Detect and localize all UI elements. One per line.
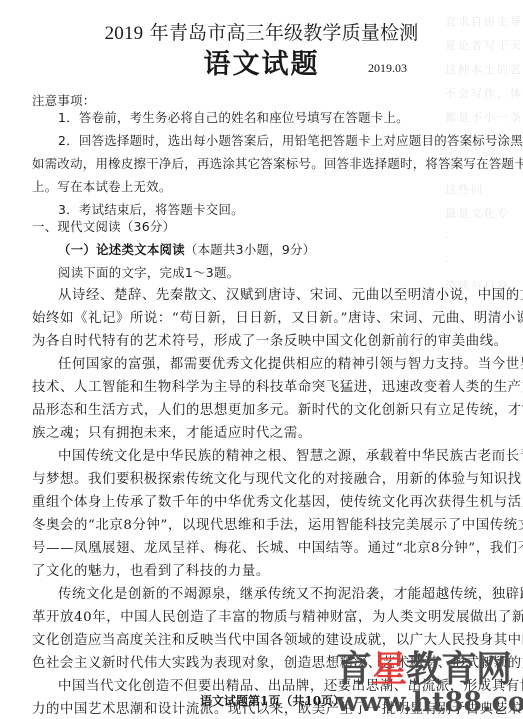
- sub-section-title: （一）论述类文本阅读: [58, 242, 185, 257]
- notice-item: 如需改动，用橡皮擦干净后，再选涂其它答案标号。回答非选择题时，将答案写在答题卡: [32, 155, 494, 173]
- passage-line: 为各自时代特有的艺术符号，形成了一条反映中国文化创新前行的审美曲线。: [32, 333, 494, 351]
- watermark-char-red: 星: [371, 649, 406, 690]
- passage-line: 族之魂；只有拥抱未来，才能适应时代之需。: [32, 425, 494, 443]
- passage-line: 中国传统文化是中华民族的精神之根、智慧之源，承载着中华民族古老而长青的光荣: [58, 448, 494, 466]
- reading-instruction: 阅读下面的文字，完成1～3题。: [58, 264, 494, 282]
- subject-title: 语文试题: [0, 48, 523, 82]
- notice-item: 2．回答选择题时，选出每小题答案后，用铅笔把答题卡上对应题目的答案标号涂黑。: [58, 132, 494, 150]
- watermark-char: 育: [336, 649, 371, 690]
- watermark-logo: 育星教育网: [336, 650, 511, 690]
- exam-title: 2019 年青岛市高三年级教学质量检测: [0, 21, 523, 46]
- sub-section-heading: （一）论述类文本阅读（本题共3小题，9分）: [58, 241, 494, 259]
- page-footer: 语文试题第1页（共10页）: [200, 692, 345, 709]
- passage-line: 始终如《礼记》所说：“苟日新，日日新，又日新。”唐诗、宋词、元曲、明清小说更是成: [32, 310, 494, 328]
- notice-heading: 注意事项：: [32, 92, 494, 110]
- exam-title-year: 2019: [105, 23, 144, 44]
- passage-line: 了文化的魅力，也看到了科技的力量。: [32, 563, 494, 581]
- passage-line: 技术、人工智能和生物科学为主导的科技革命突飞猛进，迅速改变着人类的生产方式、产: [32, 379, 494, 397]
- notice-item: 上。写在本试卷上无效。: [32, 178, 494, 196]
- passage-line: 从诗经、楚辞、先秦散文、汉赋到唐诗、宋词、元曲以至明清小说，中国的文学艺术: [58, 287, 494, 305]
- section-heading: 一、现代文阅读（36分）: [32, 218, 494, 236]
- exam-date: 2019.03: [368, 61, 407, 76]
- passage-line: 传统文化是创新的不竭源泉，继承传统又不拘泥沿袭，才能超越传统，独辟蹊径。改: [58, 586, 494, 604]
- passage-line: 品形态和生活方式，人们的思想更加多元。新时代的文化创新只有立足传统，才能不忘民: [32, 402, 494, 420]
- passage-line: 任何国家的富强，都需要优秀文化提供相应的精神引领与智力支持。当今世界以信息: [58, 356, 494, 374]
- passage-line: 重组个体身上传承了数千年的中华优秀文化基因，使传统文化再次获得生机与活力。平昌: [32, 494, 494, 512]
- passage-line: 号——凤凰展翅、龙凤呈祥、梅花、长城、中国结等。通过“北京8分钟”，我们不仅看到: [32, 540, 494, 558]
- notice-item: 1．答卷前，考生务必将自己的姓名和座位号填写在答题卡上。: [58, 109, 494, 127]
- sub-section-note: （本题共3小题，9分）: [185, 242, 316, 257]
- watermark-url: www.ht88.com: [336, 687, 523, 719]
- notice-item: 3．考试结束后，将答题卡交回。: [58, 201, 494, 219]
- passage-line: 冬奥会的“北京8分钟”，以现代思维和手法，运用智能科技完美展示了中国传统文化的符: [32, 517, 494, 535]
- passage-line: 与梦想。我们要积极探索传统文化与现代文化的对接融合，用新的体验与知识找回、激活、: [32, 471, 494, 489]
- passage-line: 革开放40年，中国人民创造了丰富的物质与精神财富，为人类文明发展做出了新贡献。: [32, 609, 494, 627]
- passage-line: 文化创造应当高度关注和反映当代中国各领域的建设成就，以广大人民投身其中的中国特: [32, 632, 494, 650]
- exam-title-text: 年青岛市高三年级教学质量检测: [150, 22, 419, 44]
- watermark-text: 教育网: [406, 649, 511, 690]
